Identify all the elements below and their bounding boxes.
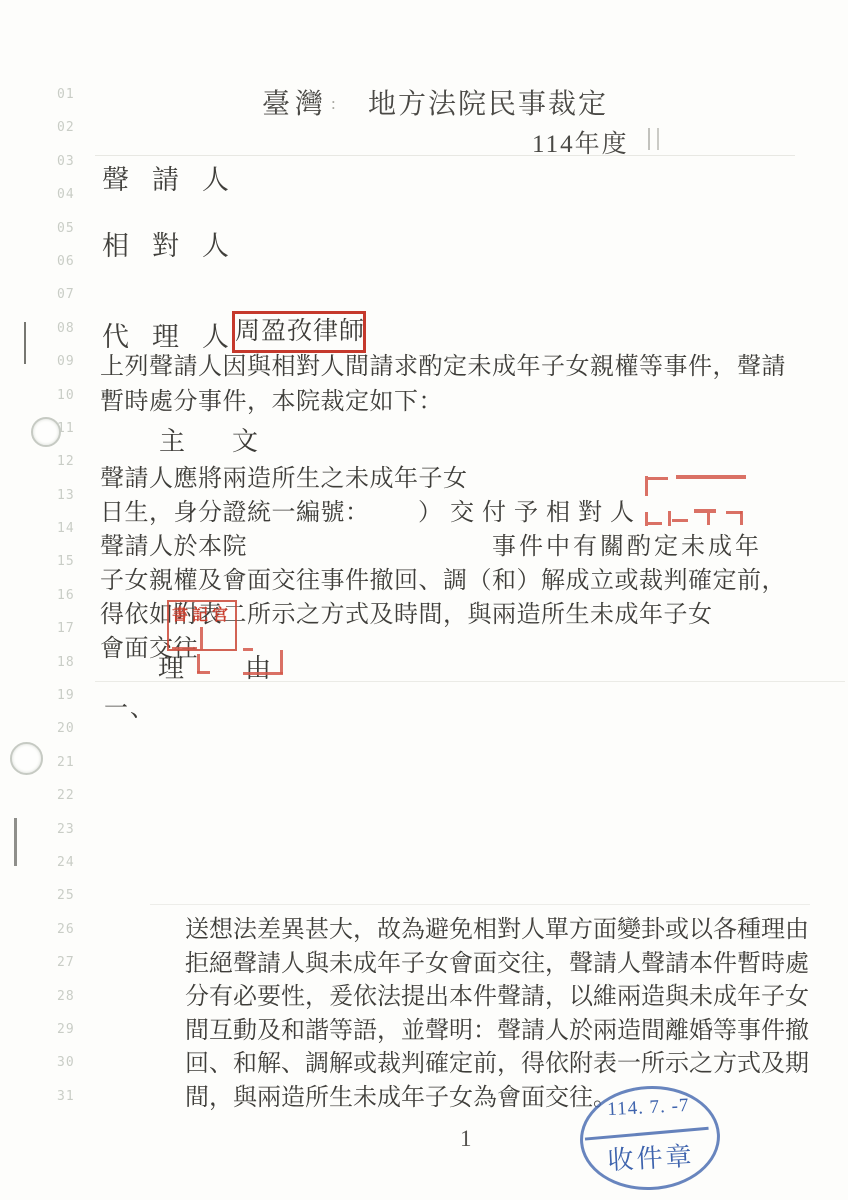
red-stamp-fragment bbox=[676, 475, 746, 479]
redacted-character-fragment bbox=[648, 128, 659, 150]
red-stamp-fragment bbox=[740, 511, 743, 525]
ruling-line: 子女親權及會面交往事件撤回、調（和）解成立或裁判確定前， bbox=[100, 560, 786, 595]
intro-line: 暫時處分事件，本院裁定如下： bbox=[100, 387, 786, 422]
ruling-line: 聲請人於本院 bbox=[100, 526, 247, 561]
red-stamp-fragment bbox=[648, 477, 668, 480]
line-number: 17 bbox=[57, 622, 75, 655]
intro-paragraph: 上列聲請人因與相對人間請求酌定未成年子女親權等事件，聲請暫時處分事件，本院裁定如… bbox=[100, 352, 786, 422]
hole-punch bbox=[10, 742, 43, 775]
line-number: 30 bbox=[57, 1056, 75, 1089]
paragraph-line: 間互動及和諧等語，並聲明：聲請人於兩造間離婚等事件撤 bbox=[185, 1016, 809, 1050]
paragraph-line: 分有必要性，爰依法提出本件聲請，以維兩造與未成年子女 bbox=[185, 982, 809, 1016]
line-number: 21 bbox=[57, 756, 75, 789]
case-number: 114年度 bbox=[532, 124, 629, 160]
line-number: 13 bbox=[57, 489, 75, 522]
scan-artifact-line bbox=[150, 904, 810, 905]
petitioner-label: 聲請人 bbox=[102, 158, 252, 197]
hole-punch bbox=[31, 417, 61, 447]
reason-item-marker: 一、 bbox=[104, 688, 156, 723]
red-stamp-fragment bbox=[200, 627, 203, 650]
body-paragraph: 送想法差異甚大，故為避免相對人單方面變卦或以各種理由拒絕聲請人與未成年子女會面交… bbox=[185, 915, 809, 1117]
ruling-line: 事件中有關酌定未成年 bbox=[492, 526, 762, 561]
pen-mark bbox=[24, 322, 26, 364]
red-stamp-fragment bbox=[280, 650, 283, 674]
line-number: 04 bbox=[57, 188, 75, 221]
line-number: 28 bbox=[57, 990, 75, 1023]
receipt-stamp-label: 收件章 bbox=[583, 1134, 719, 1178]
line-number: 20 bbox=[57, 722, 75, 755]
line-number: 01 bbox=[57, 88, 75, 121]
line-number: 23 bbox=[57, 823, 75, 856]
line-number: 14 bbox=[57, 522, 75, 555]
line-number: 16 bbox=[57, 589, 75, 622]
scanned-document-page: 0102030405060708091011121314151617181920… bbox=[0, 0, 848, 1200]
red-stamp-fragment bbox=[648, 522, 662, 525]
receipt-stamp: 114. 7. -7 收件章 bbox=[577, 1082, 722, 1193]
pen-mark bbox=[14, 818, 17, 866]
line-number: 07 bbox=[57, 288, 75, 321]
red-stamp-fragment bbox=[694, 509, 716, 513]
line-number: 12 bbox=[57, 455, 75, 488]
main-text-heading: 主文 bbox=[159, 421, 305, 458]
respondent-label: 相對人 bbox=[102, 224, 252, 263]
line-number: 03 bbox=[57, 155, 75, 188]
line-number: 10 bbox=[57, 389, 75, 422]
scan-artifact-line bbox=[95, 155, 795, 156]
red-stamp-fragment bbox=[243, 672, 283, 675]
line-number: 05 bbox=[57, 222, 75, 255]
red-stamp-fragment bbox=[707, 513, 710, 525]
line-number: 27 bbox=[57, 956, 75, 989]
red-stamp-fragment bbox=[668, 511, 671, 526]
line-number: 08 bbox=[57, 322, 75, 355]
line-number-column: 0102030405060708091011121314151617181920… bbox=[57, 88, 75, 1123]
line-number: 22 bbox=[57, 789, 75, 822]
redaction-mark: : bbox=[331, 94, 336, 114]
line-number: 26 bbox=[57, 923, 75, 956]
agent-name-highlight-box: 周盈孜律師 bbox=[232, 311, 366, 353]
ruling-line: ）交付予相對人 bbox=[418, 492, 642, 527]
paragraph-line: 回、和解、調解或裁判確定前，得依附表一所示之方式及期 bbox=[185, 1049, 809, 1083]
line-number: 09 bbox=[57, 355, 75, 388]
line-number: 18 bbox=[57, 656, 75, 689]
agent-label: 代理人 bbox=[102, 315, 252, 354]
red-stamp-fragment bbox=[243, 648, 253, 651]
line-number: 19 bbox=[57, 689, 75, 722]
clerk-stamp-text: 書記官 bbox=[172, 602, 232, 625]
ruling-line: 日生，身分證統一編號： bbox=[100, 492, 370, 527]
ruling-line: 聲請人應將兩造所生之未成年子女 bbox=[100, 458, 468, 493]
line-number: 29 bbox=[57, 1023, 75, 1056]
page-number: 1 bbox=[460, 1126, 472, 1152]
paragraph-line: 拒絕聲請人與未成年子女會面交往，聲請人聲請本件暫時處 bbox=[185, 949, 809, 983]
line-number: 25 bbox=[57, 889, 75, 922]
reason-heading: 理由 bbox=[158, 648, 332, 685]
paragraph-line: 送想法差異甚大，故為避免相對人單方面變卦或以各種理由 bbox=[185, 915, 809, 949]
court-title: 地方法院民事裁定 bbox=[368, 82, 608, 122]
line-number: 06 bbox=[57, 255, 75, 288]
line-number: 15 bbox=[57, 555, 75, 588]
line-number: 31 bbox=[57, 1090, 75, 1123]
court-title-prefix: 臺灣 bbox=[262, 82, 328, 122]
intro-line: 上列聲請人因與相對人間請求酌定未成年子女親權等事件，聲請 bbox=[100, 352, 786, 387]
line-number: 02 bbox=[57, 121, 75, 154]
red-stamp-fragment bbox=[672, 519, 688, 522]
red-stamp-fragment bbox=[197, 671, 210, 674]
line-number: 24 bbox=[57, 856, 75, 889]
